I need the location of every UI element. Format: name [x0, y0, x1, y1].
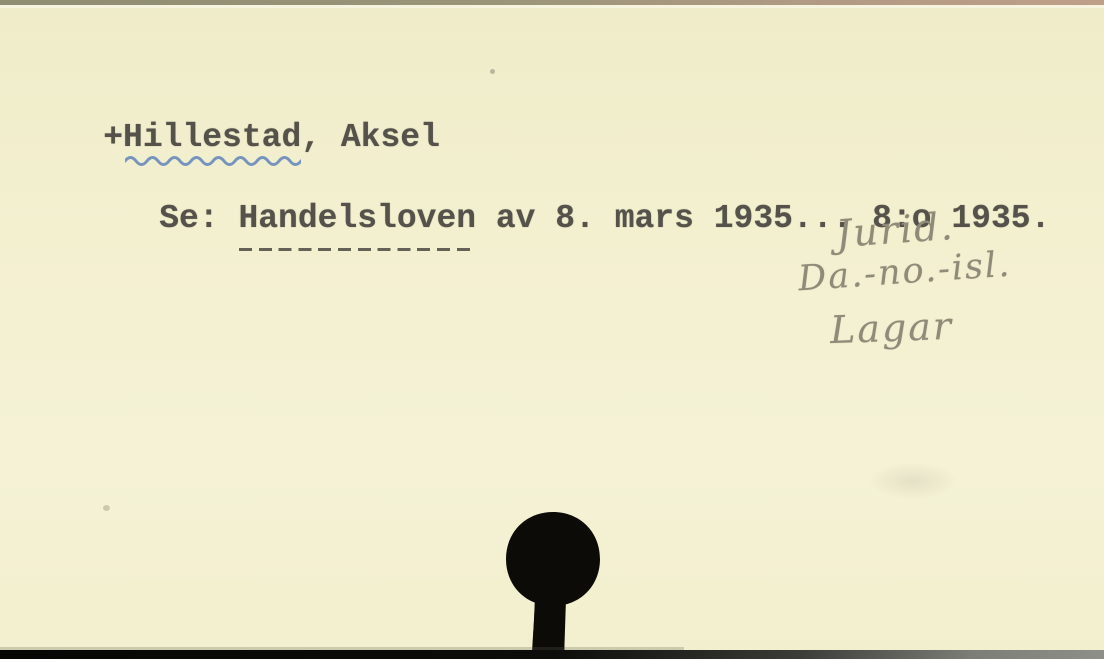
card-bottom-edge — [0, 650, 1104, 659]
handwritten-note-signature: Lagar — [829, 304, 954, 352]
heading-prefix: + — [103, 119, 123, 156]
scan-speck — [490, 69, 495, 74]
card-top-edge-highlight — [0, 5, 1104, 8]
catalog-card: +Hillestad, Aksel Se: Handelsloven av 8.… — [0, 0, 1104, 659]
heading-name: Hillestad — [123, 120, 301, 156]
wavy-underline — [125, 152, 301, 166]
hole-punch — [504, 511, 604, 659]
scan-speck — [103, 505, 110, 511]
reference-rest: av 8. mars 1935... 8:o 1935. — [476, 200, 1050, 237]
reference-title: Handelsloven — [238, 201, 476, 237]
scan-smudge — [868, 462, 958, 500]
dashed-underline — [239, 248, 475, 251]
handwritten-note-jurid: Jurid. — [835, 204, 956, 256]
se-label: Se: — [159, 200, 238, 237]
heading-rest: , Aksel — [301, 119, 440, 156]
